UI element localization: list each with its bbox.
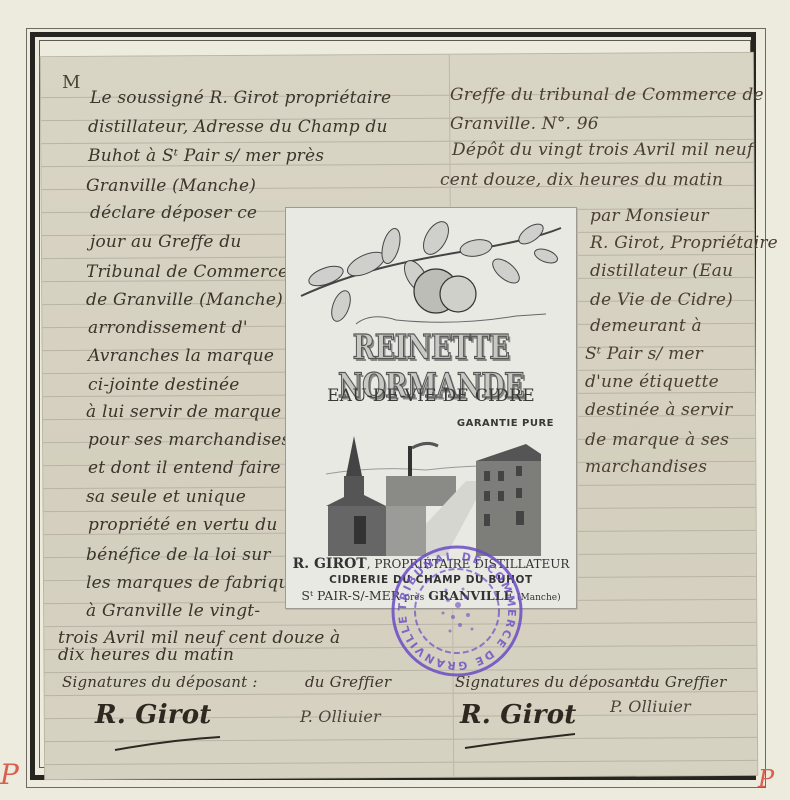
left-column-line: Granville (Manche) [86, 176, 256, 196]
right-column-line: cent douze, dix heures du matin [440, 170, 723, 190]
corner-mark: M [62, 72, 81, 93]
right-depositor-caption: Signatures du déposant : [455, 673, 651, 691]
right-column-line: de Vie de Cidre) [590, 290, 733, 310]
left-column-line: les marques de fabrique [86, 573, 286, 593]
right-column-line: d'une étiquette [585, 372, 719, 392]
owner-title: , PROPRIÉTAIRE DISTILLATEUR [367, 557, 570, 571]
left-column-line: déclare déposer ce [90, 203, 257, 223]
ruled-line [45, 691, 757, 696]
left-column-line: et dont il entend faire [88, 458, 281, 478]
right-column-line: Granville. N°. 96 [450, 114, 599, 134]
right-column-line: demeurant à [590, 316, 702, 336]
left-column-line: arrondissement d' [88, 318, 248, 338]
right-column-line: destinée à servir [585, 400, 732, 420]
left-clerk-signature: P. Olliuier [300, 707, 381, 726]
label-subtitle: EAU-DE-VIE DE CIDRE [286, 386, 576, 406]
right-column-line: Sᵗ Pair s/ mer [585, 344, 703, 364]
product-label: REINETTE NORMANDE EAU-DE-VIE DE CIDRE GA… [285, 207, 577, 609]
address-region: (Manche) [517, 593, 561, 603]
address-town: Sᵗ PAIR-S/-MER [301, 588, 400, 603]
apple-branch-illustration [296, 216, 566, 326]
left-column-line: sa seule et unique [86, 487, 246, 507]
left-column-line: distillateur, Adresse du Champ du [88, 117, 388, 137]
address-near: près [404, 593, 424, 603]
left-column-line: bénéfice de la loi sur [86, 545, 271, 565]
right-signature-flourish [460, 730, 580, 752]
left-signature-flourish [110, 735, 230, 755]
left-column-line: à lui servir de marque [86, 402, 281, 422]
address-city: GRANVILLE [428, 588, 513, 603]
right-clerk-caption: - du Greffier [630, 673, 726, 691]
margin-mark-right: P [758, 765, 774, 793]
left-column-line: jour au Greffe du [90, 232, 242, 252]
right-column-line: de marque à ses [585, 430, 729, 450]
right-column-line: R. Girot, Propriétaire [590, 233, 778, 253]
town-illustration [326, 436, 541, 556]
left-column-line: Avranches la marque [88, 346, 274, 366]
label-owner: R. GIROT, PROPRIÉTAIRE DISTILLATEUR [286, 556, 576, 572]
left-column-line: Le soussigné R. Girot propriétaire [90, 88, 391, 108]
label-address: Sᵗ PAIR-S/-MER près GRANVILLE (Manche) [286, 588, 576, 603]
left-column-line: Buhot à Sᵗ Pair s/ mer près [88, 146, 324, 166]
owner-name: R. GIROT [293, 556, 367, 572]
right-column-line: Dépôt du vingt trois Avril mil neuf [452, 140, 753, 160]
ruled-line [44, 622, 756, 627]
right-column-line: marchandises [585, 457, 707, 477]
right-depositor-signature: R. Girot [460, 700, 576, 730]
right-column-line: Greffe du tribunal de Commerce de [450, 85, 764, 105]
left-column-line: ci-jointe destinée [88, 375, 240, 395]
left-column-line: de Granville (Manche) [86, 290, 283, 310]
left-depositor-caption: Signatures du déposant : [62, 673, 258, 691]
margin-mark-left: P [0, 758, 19, 791]
left-column-line: pour ses marchandises [88, 430, 288, 450]
label-company: CIDRERIE DU CHAMP DU BUHOT [286, 574, 576, 586]
left-clerk-caption: du Greffier [305, 673, 391, 691]
left-depositor-signature: R. Girot [95, 700, 211, 730]
left-column-line: à Granville le vingt- [86, 601, 260, 621]
right-clerk-signature: P. Olliuier [610, 697, 691, 716]
left-column-line: propriété en vertu du [88, 515, 277, 535]
left-column-line: Tribunal de Commerce [86, 262, 286, 282]
label-guarantee: GARANTIE PURE [457, 418, 554, 429]
right-column-line: par Monsieur [590, 206, 709, 226]
left-column-line: dix heures du matin [58, 645, 234, 665]
right-column-line: distillateur (Eau [590, 261, 733, 281]
ruled-line [45, 760, 757, 765]
